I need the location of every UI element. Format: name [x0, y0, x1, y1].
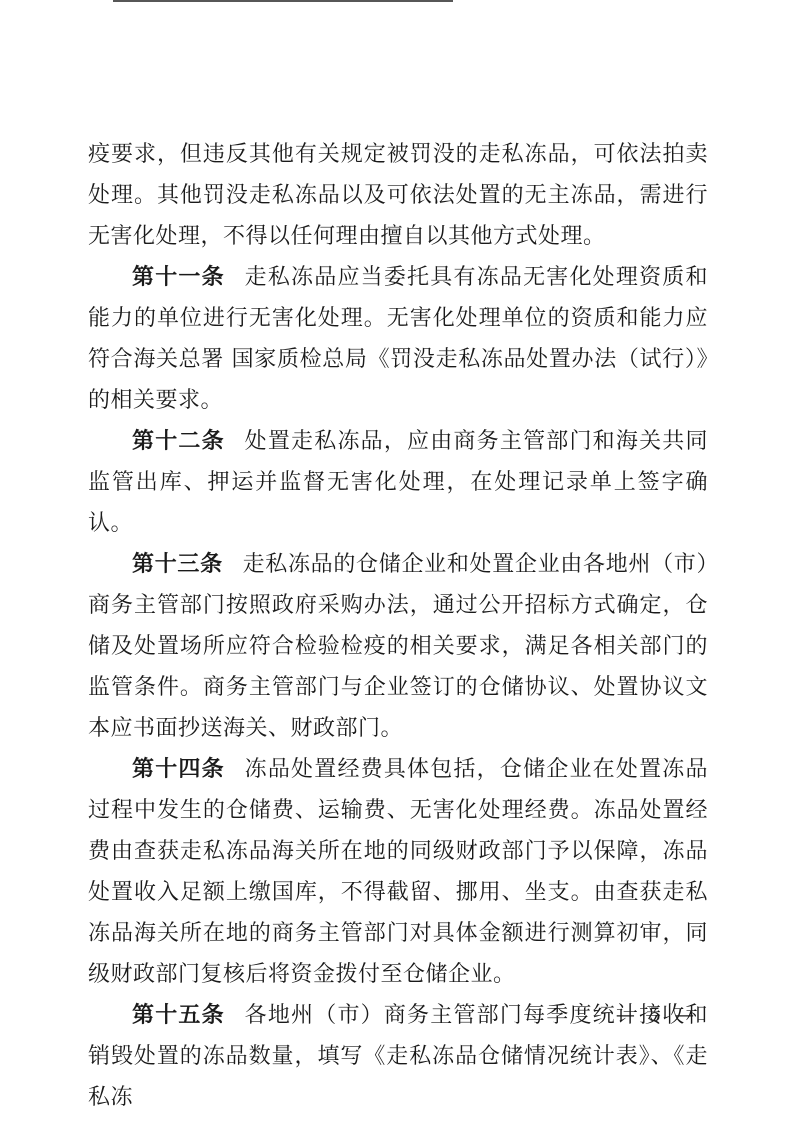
article-12-label: 第十二条	[132, 428, 225, 454]
paragraph-text: 走私冻品的仓储企业和处置企业由各地州（市）商务主管部门按照政府采购办法，通过公开…	[88, 552, 708, 741]
document-page: 疫要求，但违反其他有关规定被罚没的走私冻品，可依法拍卖处理。其他罚没走私冻品以及…	[0, 0, 793, 1122]
paragraph-article-13: 第十三条走私冻品的仓储企业和处置企业由各地州（市）商务主管部门按照政府采购办法，…	[88, 544, 708, 749]
paragraph-text: 疫要求，但违反其他有关规定被罚没的走私冻品，可依法拍卖处理。其他罚没走私冻品以及…	[88, 142, 708, 249]
paragraph-continuation: 疫要求，但违反其他有关规定被罚没的走私冻品，可依法拍卖处理。其他罚没走私冻品以及…	[88, 134, 708, 257]
paragraph-text: 冻品处置经费具体包括，仓储企业在处置冻品过程中发生的仓储费、运输费、无害化处理经…	[88, 757, 708, 987]
article-14-label: 第十四条	[132, 756, 225, 782]
paragraph-article-12: 第十二条处置走私冻品，应由商务主管部门和海关共同监管出库、押运并监督无害化处理，…	[88, 421, 708, 544]
paragraph-article-14: 第十四条冻品处置经费具体包括，仓储企业在处置冻品过程中发生的仓储费、运输费、无害…	[88, 749, 708, 995]
scan-artifact	[113, 0, 453, 2]
article-11-label: 第十一条	[132, 264, 225, 290]
page-number: — 5 —	[616, 1004, 698, 1026]
article-15-label: 第十五条	[132, 1002, 225, 1028]
paragraph-article-11: 第十一条走私冻品应当委托具有冻品无害化处理资质和能力的单位进行无害化处理。无害化…	[88, 257, 708, 421]
article-13-label: 第十三条	[132, 551, 223, 577]
document-body-text: 疫要求，但违反其他有关规定被罚没的走私冻品，可依法拍卖处理。其他罚没走私冻品以及…	[88, 134, 708, 1118]
